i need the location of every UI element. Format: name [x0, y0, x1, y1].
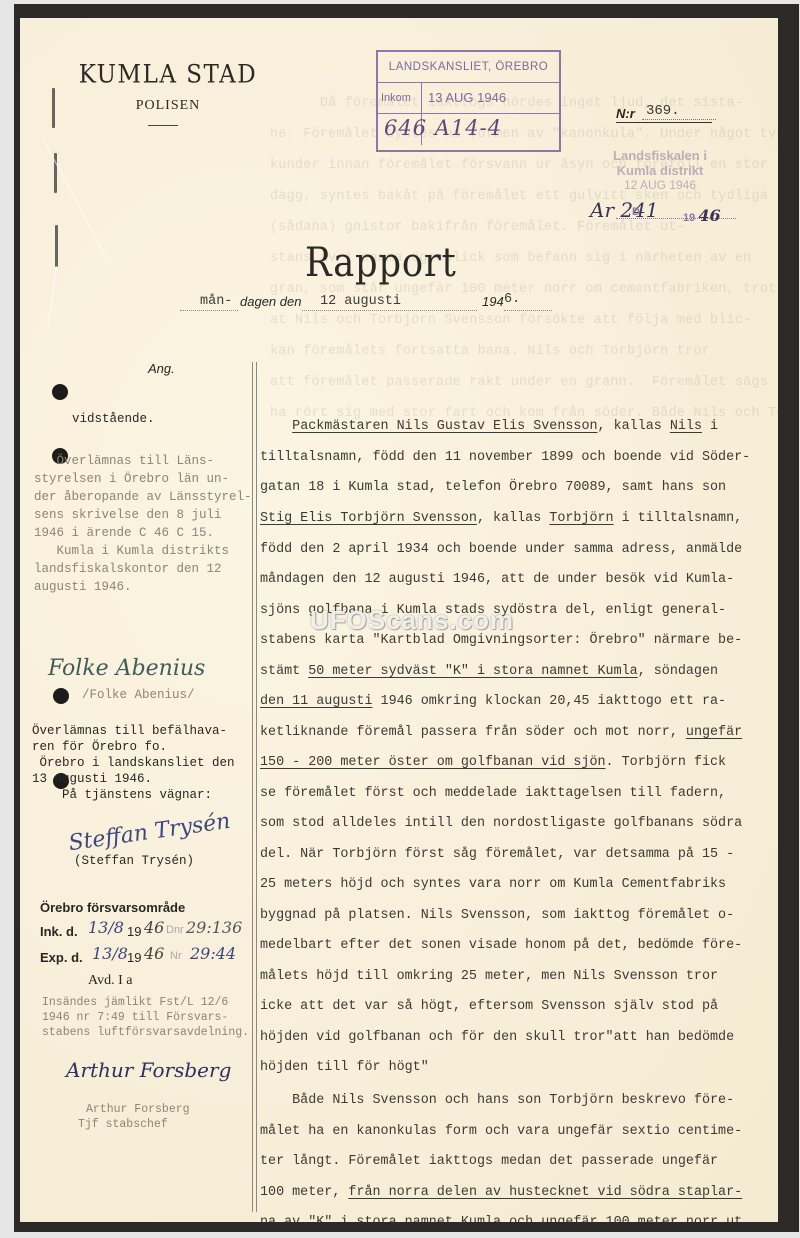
- stamp-date: 13 AUG 1946: [428, 83, 506, 113]
- body-line: målets höjd till omkring 25 meter, men N…: [260, 969, 718, 984]
- dateline-dots: [504, 310, 552, 311]
- location-underline: 50 meter sydväst "K" i stora namnet Kuml…: [308, 664, 637, 679]
- endorsement-line: Insändes jämlikt Fst/L 12/6: [42, 996, 228, 1009]
- endorsement-line: stabens luftförsvarsavdelning.: [42, 1026, 249, 1039]
- body-line: höjden vid golfbanan och för den skull t…: [260, 1030, 734, 1045]
- typed-name-abenius: /Folke Abenius/: [82, 688, 195, 702]
- fo-exp-year-prefix: 19: [127, 950, 141, 965]
- punch-hole: [52, 384, 68, 400]
- dnr-year-prefix: 19: [683, 212, 695, 224]
- dateline-weekday: mån-: [200, 294, 232, 309]
- landskansliet-stamp: LANDSKANSLIET, ÖREBRO Inkom 13 AUG 1946 …: [376, 50, 561, 152]
- title-forsberg: Tjf stabschef: [78, 1118, 168, 1131]
- signature-abenius: Folke Abenius: [48, 656, 205, 681]
- signature-forsberg: Arthur Forsberg: [66, 1058, 231, 1082]
- endorsement-line: På tjänstens vägnar:: [32, 788, 212, 802]
- stamp-header: LANDSKANSLIET, ÖREBRO: [378, 52, 559, 83]
- endorsement-line: Örebro i landskansliet den: [32, 756, 235, 770]
- date-underline: den 11 augusti: [260, 694, 373, 709]
- endorsement-line: augusti 1946.: [34, 580, 132, 594]
- letterhead-org: KUMLA STAD: [68, 61, 268, 89]
- body-line: Stig Elis Torbjörn Svensson, kallas Torb…: [260, 511, 742, 526]
- endorsement-line: 1946 nr 7:49 till Försvars-: [42, 1011, 228, 1024]
- body-line: 100 meter, från norra delen av husteckne…: [260, 1185, 742, 1200]
- typed-name-trysen: (Steffan Trysén): [74, 854, 194, 868]
- margin-divider: [252, 362, 257, 1212]
- body-line: stämt 50 meter sydväst "K" i stora namne…: [260, 664, 718, 679]
- distance-underline-2: 150 - 200 meter öster om golfbanan vid s…: [260, 755, 606, 770]
- fo-exp-nr: 29:44: [190, 944, 236, 963]
- received-stamp-line2: Kumla distrikt: [590, 163, 730, 178]
- endorsement-line: Kumla i Kumla distrikts: [34, 544, 229, 558]
- dnr-label: D: [632, 206, 640, 218]
- name-nils-full: Packmästaren Nils Gustav Elis Svensson: [292, 419, 597, 434]
- fo-exp-label: Exp. d.: [40, 950, 83, 965]
- endorsement-line: Överlämnas till Läns-: [34, 454, 214, 468]
- path-underline: från norra delen av hustecknet vid södra…: [348, 1185, 742, 1200]
- endorsement-line: styrelsen i Örebro län un-: [34, 472, 229, 486]
- dateline-dots: [180, 310, 238, 311]
- fo-ink-year-prefix: 19: [127, 924, 141, 939]
- watermark: UFOScans.com: [310, 605, 514, 636]
- fo-ink-nr: 29:136: [186, 918, 242, 937]
- fo-exp-date: 13/8: [92, 944, 128, 963]
- dnr-year-label: 19 46: [683, 206, 721, 225]
- distance-underline: ungefär: [686, 725, 742, 740]
- fo-stamp-header: Örebro försvarsområde: [40, 900, 185, 915]
- report-number-rule: [616, 122, 712, 123]
- body-line: gatan 18 i Kumla stad, telefon Örebro 70…: [260, 480, 726, 495]
- fo-exp-nr-label: Nr: [170, 950, 182, 962]
- body-line: se föremålet först och meddelade iakttag…: [260, 786, 726, 801]
- body-line: ter långt. Föremålet iakttogs medan det …: [260, 1154, 718, 1169]
- paper-crease: [42, 138, 109, 262]
- name-torbjorn: Torbjörn: [549, 511, 613, 526]
- paper-crease: [48, 266, 57, 326]
- stamp-date-row: Inkom 13 AUG 1946: [378, 83, 559, 114]
- body-line: Både Nils Svensson och hans son Torbjörn…: [260, 1093, 734, 1108]
- body-line: som stod alldeles intill den nordostliga…: [260, 816, 742, 831]
- punch-hole: [53, 688, 69, 704]
- body-line: höjden till för högt": [260, 1060, 429, 1075]
- body-line: 150 - 200 meter öster om golfbanan vid s…: [260, 755, 726, 770]
- body-line: medelbart efter det sonen visade honom p…: [260, 938, 742, 953]
- staple-mark: [55, 225, 58, 267]
- report-number-value: 369.: [642, 103, 716, 120]
- body-line: tilltalsnamn, född den 11 november 1899 …: [260, 450, 750, 465]
- dateline-year-typed: 6.: [504, 292, 520, 307]
- body-line: Packmästaren Nils Gustav Elis Svensson, …: [260, 419, 718, 434]
- endorsement-line: landsfiskalskontor den 12: [34, 562, 222, 576]
- name-torbjorn-full: Stig Elis Torbjörn Svensson: [260, 511, 477, 526]
- fo-ink-nr-label: Dnr: [166, 924, 184, 936]
- dateline-date: 12 augusti: [320, 294, 401, 309]
- dnr-year-hand: 46: [698, 206, 720, 225]
- dateline-year-printed: 194: [482, 294, 504, 309]
- subject-value: vidstående.: [72, 412, 155, 426]
- dateline-dagen-den: dagen den: [240, 294, 301, 309]
- body-line: 25 meters höjd och syntes vara norr om K…: [260, 877, 726, 892]
- document-page: Då föremålet iakttogs hördes inget ljud,…: [20, 18, 778, 1222]
- endorsement-line: sens skrivelse den 8 juli: [34, 508, 222, 522]
- received-stamp-date: 12 AUG 1946: [590, 178, 730, 193]
- fo-ink-date: 13/8: [88, 918, 124, 937]
- body-line: na av "K" i stora namnet Kumla och ungef…: [260, 1215, 750, 1222]
- endorsement-line: ren för Örebro fo.: [32, 740, 167, 754]
- fo-ink-label: Ink. d.: [40, 924, 78, 939]
- endorsement-line: 1946 i ärende C 46 C 15.: [34, 526, 214, 540]
- body-line: del. När Torbjörn först såg föremålet, v…: [260, 847, 734, 862]
- report-number-label: N:r: [616, 106, 635, 121]
- endorsement-line: 13 augusti 1946.: [32, 772, 152, 786]
- body-line: målet ha en kanonkulas form och vara ung…: [260, 1124, 742, 1139]
- fo-avd: Avd. I a: [88, 973, 132, 989]
- fo-exp-year: 46: [144, 944, 164, 963]
- name-forsberg: Arthur Forsberg: [86, 1103, 190, 1116]
- letterhead-dept: POLISEN: [68, 98, 268, 114]
- endorsement-line: Överlämnas till befälhava-: [32, 724, 227, 738]
- letterhead-divider: [148, 125, 178, 126]
- endorsement-line: der åberopande av Länsstyrel-: [34, 490, 252, 504]
- body-line: född den 2 april 1934 och boende under s…: [260, 542, 742, 557]
- body-line: den 11 augusti 1946 omkring klockan 20,4…: [260, 694, 726, 709]
- dateline-dots: [302, 310, 477, 311]
- body-line: ketliknande föremål passera från söder o…: [260, 725, 742, 740]
- subject-label: Ang.: [148, 361, 175, 376]
- stamp-handwritten-ref: 646 A14-4: [384, 116, 502, 140]
- signature-trysen: Steffan Trysén: [67, 809, 232, 856]
- received-stamp-line1: Landsfiskalen i: [590, 148, 730, 163]
- body-line: byggnad på platsen. Nils Svensson, som i…: [260, 908, 734, 923]
- staple-mark: [52, 88, 55, 128]
- name-nils: Nils: [670, 419, 702, 434]
- body-line: måndagen den 12 augusti 1946, att de und…: [260, 572, 734, 587]
- body-line: icke att det var så högt, eftersom Svens…: [260, 999, 718, 1014]
- received-stamp: Landsfiskalen i Kumla distrikt 12 AUG 19…: [590, 148, 730, 193]
- document-title: Rapport: [305, 240, 457, 286]
- fo-ink-year: 46: [144, 918, 164, 937]
- path-underline-2: na av "K" i stora namnet Kumla och ungef…: [260, 1215, 742, 1222]
